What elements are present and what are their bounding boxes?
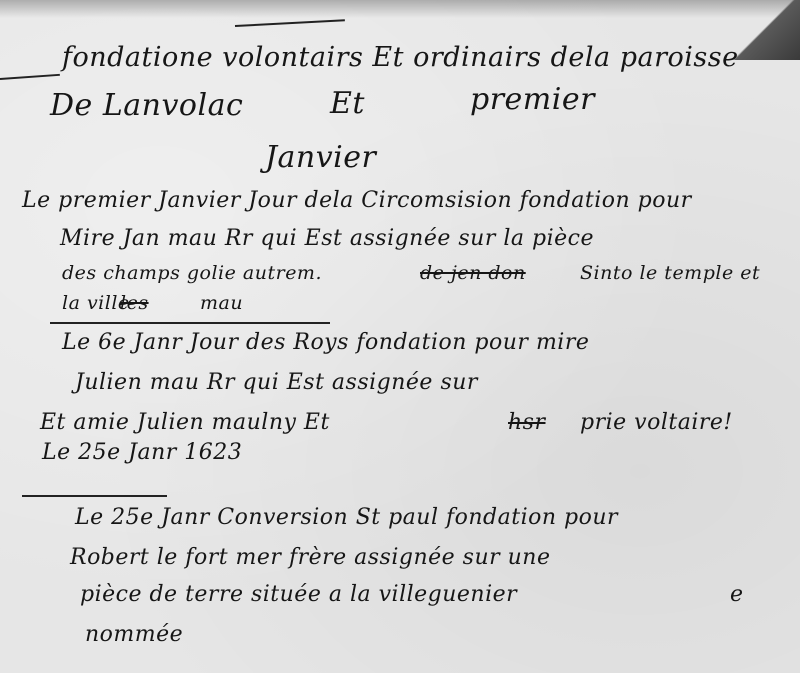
entry-3-line-2: Robert le fort mer frère assignée sur un… (70, 545, 551, 570)
entry-2-line-3: Et amie Julien maulny Et (40, 410, 330, 435)
header-flourish-rule (235, 19, 345, 27)
header-month-ordinal: premier (470, 82, 595, 117)
entry-1-line-4-tail: mau (200, 292, 243, 314)
entry-2-date-line: Le 25e Janr 1623 (42, 440, 242, 465)
entry-1-line-3-tail: Sinto le temple et (580, 262, 760, 284)
manuscript-page: fondatione volontairs Et ordinairs dela … (0, 0, 800, 673)
scan-shadow (0, 0, 800, 18)
entry-separator-1 (50, 322, 330, 324)
entry-3-line-1: Le 25e Janr Conversion St paul fondation… (75, 505, 618, 530)
entry-1-line-2: Mire Jan mau Rr qui Est assignée sur la … (60, 226, 594, 251)
month-heading: Janvier (265, 140, 376, 175)
entry-2-line-2: Julien mau Rr qui Est assignée sur (75, 370, 478, 395)
header-conjunction: Et (330, 86, 365, 121)
entry-separator-2 (22, 495, 167, 497)
entry-2-line-3-struck: hsr (508, 410, 545, 435)
header-title-line1: fondatione volontairs Et ordinairs dela … (62, 42, 739, 73)
entry-1-struck-text: de jen don (420, 262, 526, 284)
entry-2-line-3-tail: prie voltaire! (580, 410, 733, 435)
page-corner-fold (730, 0, 800, 60)
entry-3-line-3: pièce de terre située a la villeguenier (80, 582, 517, 607)
entry-3-line-4: nommée (85, 622, 183, 647)
header-parish-name: De Lanvolac (50, 88, 243, 123)
entry-1-line-4-struck: les (120, 292, 149, 314)
entry-2-line-1: Le 6e Janr Jour des Roys fondation pour … (62, 330, 589, 355)
entry-1-line-3: des champs golie autrem. (62, 262, 322, 284)
entry-3-line-3-tail: e (730, 582, 744, 607)
entry-1-line-1: Le premier Janvier Jour dela Circomsisio… (22, 188, 692, 213)
header-left-rule (0, 74, 60, 80)
